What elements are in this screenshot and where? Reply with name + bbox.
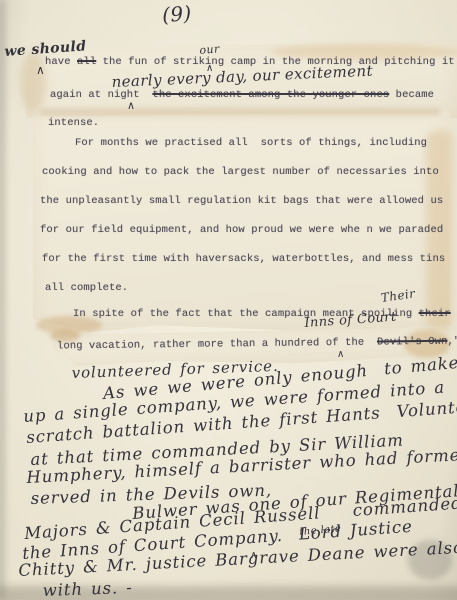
manuscript-page: (9) have all the fun of striking camp in…: [0, 0, 457, 600]
caret-icon: ∧: [127, 99, 135, 112]
typed-line: intense.: [48, 117, 99, 129]
typed-line: again at night the excitement among the …: [50, 89, 434, 101]
typed-line: For months we practised all sorts of thi…: [75, 137, 427, 149]
typed-text: for the first time with haversacks, wate…: [42, 253, 445, 265]
struck-typed-text: their: [419, 308, 451, 320]
page-number: (9): [161, 1, 192, 27]
struck-typed-text: all: [77, 56, 96, 68]
typed-text: intense.: [48, 117, 99, 129]
struck-typed-text: Devil's Own: [377, 336, 448, 349]
typed-text: again at night: [50, 89, 152, 101]
handwritten-insertion-our: our: [199, 42, 220, 57]
stain-left-page-edge: [0, 0, 6, 600]
typed-text: for our field equipment, and how proud w…: [40, 224, 443, 236]
typed-line: for the first time with haversacks, wate…: [42, 253, 445, 265]
caret-icon: ∧: [337, 349, 345, 360]
typed-text: the unpleasantly small regulation kit ba…: [40, 195, 443, 207]
typed-text: For months we practised all sorts of thi…: [75, 137, 427, 149]
typed-text: all complete.: [45, 282, 128, 294]
typed-text: became: [389, 89, 434, 101]
typed-line: for our field equipment, and how proud w…: [40, 224, 443, 236]
typed-text: have: [45, 56, 77, 68]
typed-text: cooking and how to pack the largest numb…: [42, 166, 439, 178]
struck-typed-text: the excitement among the younger-ones: [152, 89, 389, 101]
typed-line: cooking and how to pack the largest numb…: [42, 166, 439, 178]
handwritten-line: with us. -: [42, 578, 133, 600]
typed-line: the unpleasantly small regulation kit ba…: [40, 195, 443, 207]
typed-line: all complete.: [45, 282, 128, 294]
typed-text: ,": [447, 336, 457, 348]
caret-icon: ∧: [36, 63, 45, 77]
